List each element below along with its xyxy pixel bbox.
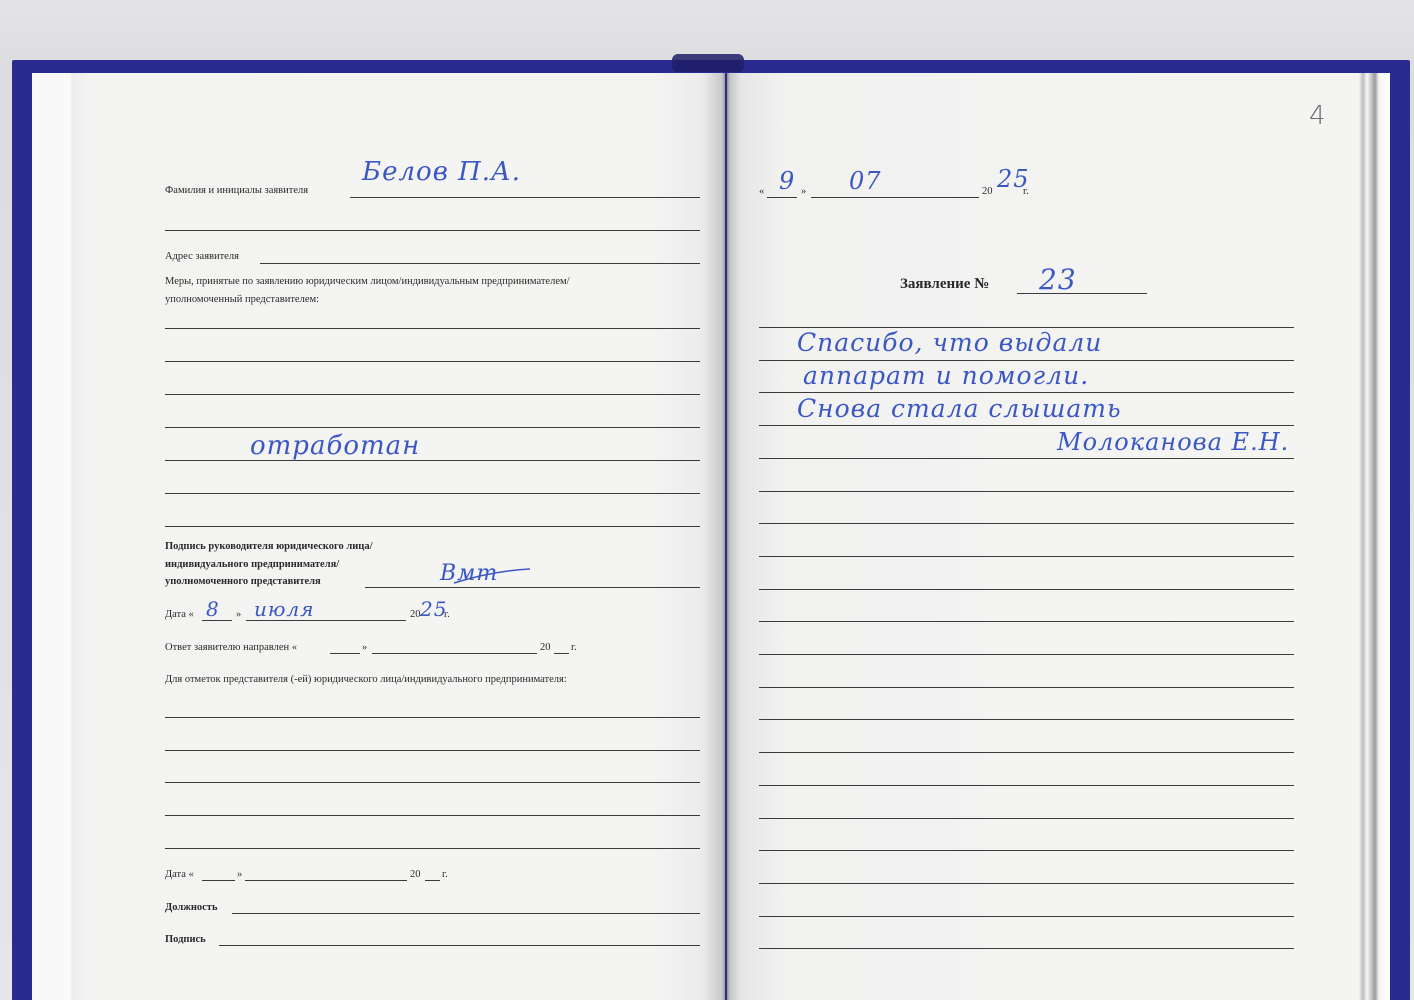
date2-year-prefix: 20 (410, 869, 421, 880)
ruled-line (759, 883, 1294, 884)
ruled-line (759, 948, 1294, 949)
ruled-line (759, 785, 1294, 786)
ruled-line (759, 491, 1294, 492)
answer-day-line[interactable] (330, 653, 360, 654)
ruled-line (759, 916, 1294, 917)
notes-line-4 (165, 815, 700, 816)
measures-line-1 (165, 328, 700, 329)
answer-year-prefix: 20 (540, 642, 551, 653)
date-close: » (236, 609, 241, 620)
applicant-name-line (350, 197, 700, 198)
statement-number[interactable]: 23 (1039, 263, 1077, 296)
date-day[interactable]: 8 (206, 597, 220, 621)
ruled-line (759, 752, 1294, 753)
date2-close: » (237, 869, 242, 880)
measures-line-3 (165, 394, 700, 395)
notes-line-5 (165, 848, 700, 849)
ruled-line (759, 425, 1294, 426)
sign-label: Подпись (165, 934, 206, 945)
statement-text-line-3[interactable]: Снова стала слышать (797, 394, 1122, 423)
ruled-line (759, 719, 1294, 720)
date2-day-line[interactable] (202, 880, 235, 881)
measures-label-2: уполномоченный представителем: (165, 294, 319, 305)
date2-year-line[interactable] (425, 880, 440, 881)
sign-line[interactable] (219, 945, 700, 946)
signature-line (365, 587, 700, 588)
notes-line-3 (165, 782, 700, 783)
date-label: Дата « (165, 609, 194, 620)
ruled-line (759, 589, 1294, 590)
date-close: » (801, 186, 806, 197)
measures-line-6 (165, 493, 700, 494)
signature-label-3: уполномоченного представителя (165, 576, 321, 587)
date2-month-line[interactable] (245, 880, 407, 881)
notes-line-2 (165, 750, 700, 751)
ruled-line (759, 687, 1294, 688)
ruled-line (759, 458, 1294, 459)
answer-suffix: г. (571, 642, 577, 653)
answer-month-line[interactable] (372, 653, 537, 654)
notes-line-1 (165, 717, 700, 718)
ruled-line (759, 850, 1294, 851)
statement-text-line-1[interactable]: Спасибо, что выдали (797, 328, 1102, 357)
ruled-line (759, 654, 1294, 655)
address-label: Адрес заявителя (165, 251, 239, 262)
left-page: Фамилия и инициалы заявителя Белов П.А. … (32, 73, 725, 1000)
date-month-line (811, 197, 979, 198)
date-open: « (759, 186, 764, 197)
ruled-line (759, 818, 1294, 819)
applicant-name-label: Фамилия и инициалы заявителя (165, 185, 308, 196)
date2-label: Дата « (165, 869, 194, 880)
signature-stroke-icon (452, 565, 532, 585)
measures-line-7 (165, 526, 700, 527)
measures-line-5 (165, 460, 700, 461)
answer-year-line[interactable] (554, 653, 569, 654)
ruled-line (759, 556, 1294, 557)
date-suffix: г. (444, 609, 450, 620)
date-day-line (767, 197, 797, 198)
date-year-prefix: 20 (982, 186, 993, 197)
ruled-line (759, 621, 1294, 622)
applicant-name-value[interactable]: Белов П.А. (362, 157, 521, 187)
date-month[interactable]: 07 (849, 167, 882, 195)
date-suffix: г. (1023, 186, 1029, 197)
address-line[interactable] (260, 263, 700, 264)
measures-value[interactable]: отработан (250, 431, 420, 461)
statement-signature[interactable]: Молоканова Е.Н. (1057, 428, 1289, 456)
measures-label-1: Меры, принятые по заявлению юридическим … (165, 276, 570, 287)
measures-line-4 (165, 427, 700, 428)
answer-label: Ответ заявителю направлен « (165, 642, 297, 653)
date-day[interactable]: 9 (779, 167, 795, 195)
answer-date-close: » (362, 642, 367, 653)
measures-line-2 (165, 361, 700, 362)
position-label: Должность (165, 902, 218, 913)
date-month[interactable]: июля (254, 597, 314, 621)
statement-text-line-2[interactable]: аппарат и помогли. (803, 361, 1089, 390)
signature-label-2: индивидуального предпринимателя/ (165, 559, 339, 570)
applicant-name-line-2 (165, 230, 700, 231)
bookmark-ribbon (672, 54, 744, 72)
date2-suffix: г. (442, 869, 448, 880)
position-line[interactable] (232, 913, 700, 914)
statement-number-line (1017, 293, 1147, 294)
right-page: 4 « 9 » 07 20 25 г. Заявление № 23 Спаси… (727, 73, 1390, 1000)
notes-label: Для отметок представителя (-ей) юридичес… (165, 674, 567, 685)
ruled-line (759, 523, 1294, 524)
date-year-prefix: 20 (410, 609, 421, 620)
signature-label-1: Подпись руководителя юридического лица/ (165, 541, 372, 552)
page-number: 4 (1309, 101, 1326, 131)
statement-label: Заявление № (900, 276, 989, 293)
